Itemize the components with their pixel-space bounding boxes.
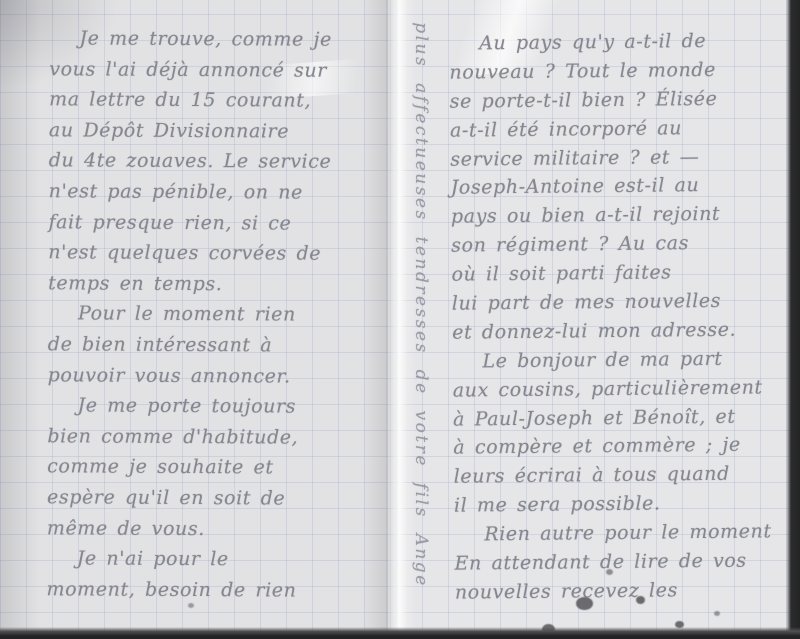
- handwriting-line: pouvoir vous annoncer.: [48, 360, 331, 392]
- handwriting-line: aux cousins, particulièrement: [453, 373, 771, 405]
- handwriting-line: Rien autre pour le moment: [454, 517, 772, 549]
- scan-edge-right: [786, 0, 800, 639]
- handwriting-line: nouvelles recevez les: [455, 575, 773, 607]
- handwriting-line: à compère et commère ; je: [453, 431, 771, 463]
- handwriting-line: Le bonjour de ma part: [452, 344, 770, 376]
- handwriting-line: n'est pas pénible, on ne: [49, 176, 332, 208]
- handwriting-line: espère qu'il en soit de: [47, 482, 330, 514]
- handwriting-line: En attendant de lire de vos: [454, 546, 772, 578]
- handwriting-line: a-t-il été incorporé au: [450, 113, 768, 145]
- handwriting-line: son régiment ? Au cas: [451, 229, 769, 261]
- handwriting-line: pays ou bien a-t-il rejoint: [451, 200, 769, 232]
- handwriting-line: et donnez-lui mon adresse.: [452, 315, 770, 347]
- gutter-shadow: [362, 0, 388, 639]
- left-edge-shading: [0, 0, 40, 639]
- ink-blot: [188, 603, 194, 608]
- handwriting-line: Je me porte toujours: [47, 390, 330, 422]
- handwriting-line: Au pays qu'y a-t-il de: [449, 26, 767, 58]
- handwriting-line: fait presque rien, si ce: [48, 207, 331, 239]
- handwriting-line: il me sera possible.: [454, 489, 772, 521]
- handwriting-line: se porte-t-il bien ? Élisée: [450, 84, 768, 116]
- handwriting-line: même de vous.: [47, 513, 330, 545]
- handwriting-line: nouveau ? Tout le monde: [449, 55, 767, 87]
- handwriting-line: temps en temps.: [48, 268, 331, 300]
- handwriting-line: de bien intéressant à: [48, 329, 331, 361]
- handwriting-line: lui part de mes nouvelles: [452, 286, 770, 318]
- handwriting-line: service militaire ? et —: [450, 142, 768, 174]
- right-page-text: Au pays qu'y a-t-il de nouveau ? Tout le…: [449, 26, 772, 607]
- handwriting-line: Je me trouve, comme je: [49, 23, 332, 55]
- handwriting-line: à Paul-Joseph et Bénoît, et: [453, 402, 771, 434]
- letter-scan: Je me trouve, comme je vous l'ai déjà an…: [0, 0, 800, 639]
- left-page-text: Je me trouve, comme je vous l'ai déjà an…: [46, 23, 332, 606]
- handwriting-line: au Dépôt Divisionnaire: [49, 115, 332, 147]
- scan-edge-bottom: [0, 627, 800, 639]
- handwriting-line: moment, besoin de rien: [46, 574, 329, 606]
- ink-blot: [606, 569, 613, 575]
- handwriting-line: Je n'ai pour le: [47, 543, 330, 575]
- ink-blot: [714, 611, 720, 616]
- ink-blot: [636, 596, 645, 604]
- handwriting-line: comme je souhaite et: [47, 452, 330, 484]
- handwriting-line: bien comme d'habitude,: [47, 421, 330, 453]
- handwriting-line: Joseph-Antoine est-il au: [450, 171, 768, 203]
- handwriting-line: leurs écrirai à tous quand: [454, 460, 772, 492]
- handwriting-line: vous l'ai déjà annoncé sur: [49, 54, 332, 86]
- handwriting-line: Pour le moment rien: [48, 299, 331, 331]
- vertical-gutter-note: plus affectueuses tendresses de votre fi…: [405, 15, 431, 595]
- handwriting-line: ma lettre du 15 courant,: [49, 84, 332, 116]
- handwriting-line: n'est quelques corvées de: [48, 237, 331, 269]
- handwriting-line: où il soit parti faites: [451, 257, 769, 289]
- ink-blot: [576, 597, 593, 610]
- handwriting-line: du 4te zouaves. Le service: [49, 146, 332, 178]
